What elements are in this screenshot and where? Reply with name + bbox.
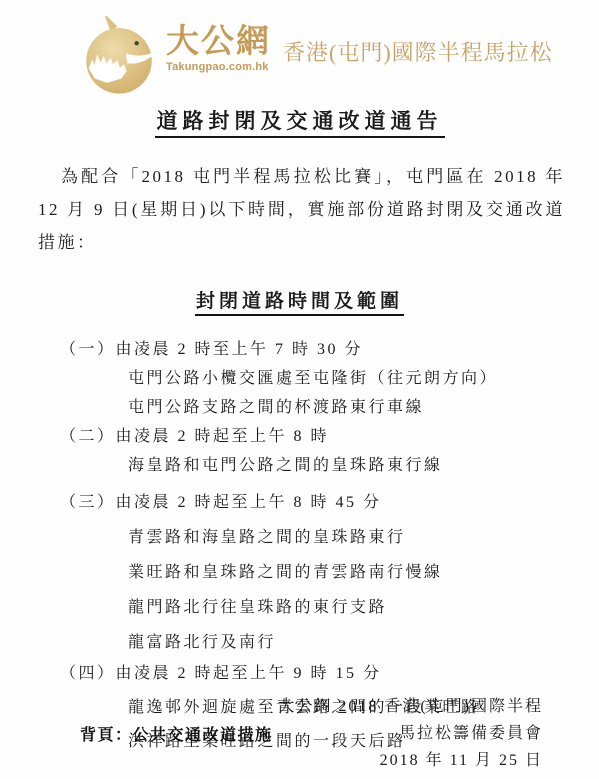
signature-line: 大公網 2018 香港(屯門)國際半程 (0, 693, 543, 720)
back-page-note: 背頁：公共交通改道措施 (80, 722, 273, 745)
document-title: 道路封閉及交通改道通告 (0, 105, 599, 135)
notice-document: 大公網 Takungpao.com.hk 香港(屯門)國際半程馬拉松 道路封閉及… (0, 0, 599, 779)
closure-road: 屯門公路小欖交匯處至屯隆街（往元朗方向） (128, 364, 569, 393)
section-title-text: 封閉道路時間及範圍 (195, 291, 404, 316)
closure-period: （三）由凌晨 2 時起至上午 8 時 45 分 (60, 488, 569, 517)
dolphin-logo-icon (76, 13, 162, 97)
closure-road: 龍富路北行及南行 (128, 628, 569, 657)
document-title-text: 道路封閉及交通改道通告 (155, 109, 445, 138)
section-title: 封閉道路時間及範圍 (0, 286, 599, 313)
closure-road: 海皇路和屯門公路之間的皇珠路東行線 (128, 451, 569, 480)
closure-road: 龍門路北行往皇珠路的東行支路 (128, 593, 569, 622)
document-footer: 背頁：公共交通改道措施 大公網 2018 香港(屯門)國際半程 馬拉松籌備委員會… (0, 693, 599, 773)
brand-name: 大公網 (166, 26, 271, 59)
closure-item-2: （二）由凌晨 2 時起至上午 8 時 海皇路和屯門公路之間的皇珠路東行線 (60, 422, 569, 480)
closure-item-3: （三）由凌晨 2 時起至上午 8 時 45 分 青雲路和海皇路之間的皇珠路東行 … (60, 488, 569, 657)
brand-domain: Takungpao.com.hk (166, 62, 271, 73)
closure-road: 業旺路和皇珠路之間的青雲路南行慢線 (128, 558, 569, 587)
closure-period: （一）由凌晨 2 時至上午 7 時 30 分 (60, 335, 569, 364)
closure-road: 青雲路和海皇路之間的皇珠路東行 (128, 523, 569, 552)
closure-period: （二）由凌晨 2 時起至上午 8 時 (60, 422, 569, 451)
closure-item-1: （一）由凌晨 2 時至上午 7 時 30 分 屯門公路小欖交匯處至屯隆街（往元朗… (60, 335, 569, 422)
signature-line: 2018 年 11 月 25 日 (0, 747, 543, 774)
masthead: 大公網 Takungpao.com.hk 香港(屯門)國際半程馬拉松 (0, 0, 599, 97)
closure-period: （四）由凌晨 2 時起至上午 9 時 15 分 (60, 659, 569, 688)
intro-paragraph: 為配合「2018 屯門半程馬拉松比賽」，屯門區在 2018 年 12 月 9 日… (38, 160, 565, 259)
event-slogan: 香港(屯門)國際半程馬拉松 (283, 36, 553, 67)
closure-road: 屯門公路支路之間的杯渡路東行車線 (128, 393, 569, 422)
brand-block: 大公網 Takungpao.com.hk (166, 26, 271, 73)
